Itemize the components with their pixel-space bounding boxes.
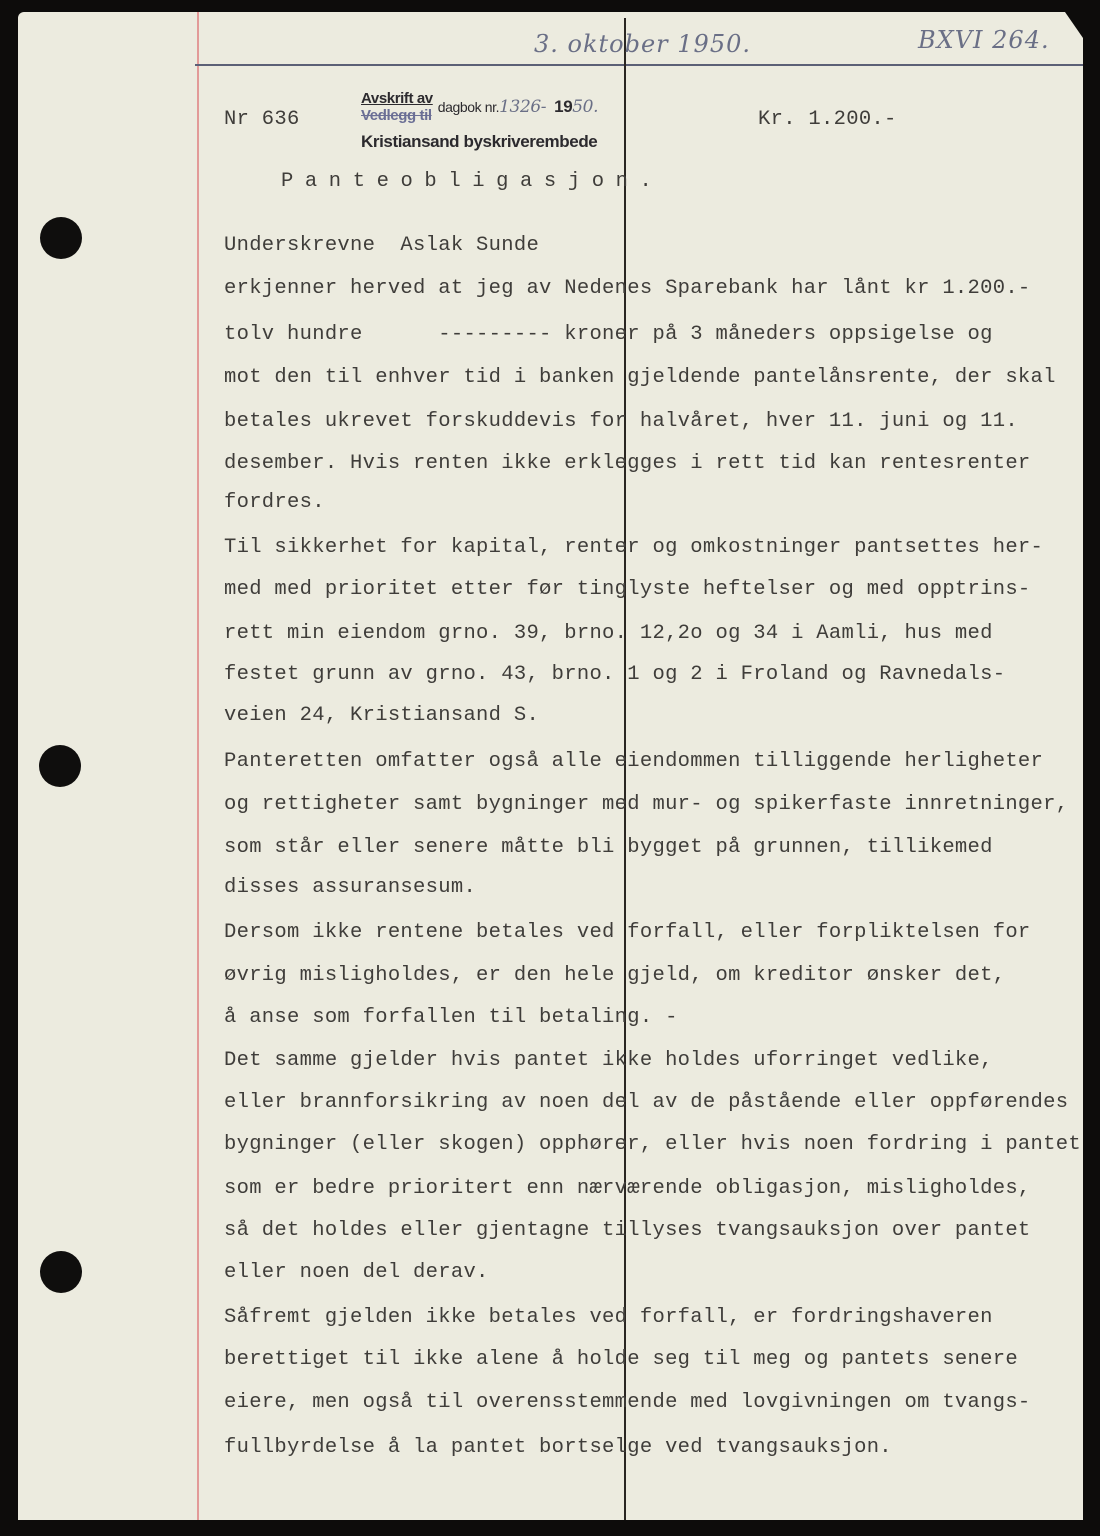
stamp-avskrift-av: Avskrift av (361, 90, 433, 107)
body-line: tolv hundre --------- kroner på 3 månede… (224, 323, 993, 346)
body-line: som står eller senere måtte bli bygget p… (224, 836, 993, 859)
body-line: desember. Hvis renten ikke erklegges i r… (224, 452, 1031, 475)
body-line: Panteretten omfatter også alle eiendomme… (224, 750, 1043, 773)
stamp-year-prefix: 19 (554, 97, 572, 117)
stamp: Avskrift av Vedlegg til dagbok nr. 1326-… (361, 90, 598, 152)
body-line: så det holdes eller gjentagne tillyses t… (224, 1219, 1031, 1242)
handwritten-date: 3. oktober 1950. (534, 30, 751, 58)
body-line: erkjenner herved at jeg av Nedenes Spare… (224, 277, 1031, 300)
journal-number: 1326- (499, 97, 546, 117)
body-line: bygninger (eller skogen) opphører, eller… (224, 1133, 1081, 1156)
body-line: Dersom ikke rentene betales ved forfall,… (224, 921, 1031, 944)
folded-corner (1065, 12, 1083, 38)
body-line: øvrig misligholdes, er den hele gjeld, o… (224, 964, 1005, 987)
punch-hole-middle (39, 745, 81, 787)
body-line: eller brannforsikring av noen del av de … (224, 1091, 1068, 1114)
body-line: og rettigheter samt bygninger med mur- o… (224, 793, 1068, 816)
stamp-year-suffix: 50. (572, 97, 598, 117)
body-line: eiere, men også til overensstemmende med… (224, 1391, 1031, 1414)
body-line: Det samme gjelder hvis pantet ikke holde… (224, 1049, 993, 1072)
body-line: berettiget til ikke alene å holde seg ti… (224, 1348, 1018, 1371)
body-line: veien 24, Kristiansand S. (224, 704, 539, 727)
body-line: eller noen del derav. (224, 1261, 489, 1284)
body-line: betales ukrevet forskuddevis for halvåre… (224, 410, 1018, 433)
body-line: som er bedre prioritert enn nærværende o… (224, 1177, 1031, 1200)
amount: Kr. 1.200.- (758, 108, 897, 131)
entry-number: Nr 636 (224, 108, 300, 131)
body-line: å anse som forfallen til betaling. - (224, 1006, 678, 1029)
body-line: fordres. (224, 491, 325, 514)
body-line: Såfremt gjelden ikke betales ved forfall… (224, 1306, 993, 1329)
document-title: Panteobligasjon. (281, 170, 663, 193)
body-line: med med prioritet etter før tinglyste he… (224, 578, 1031, 601)
body-line: fullbyrdelse å la pantet bortselge ved t… (224, 1436, 892, 1459)
red-margin-line (197, 12, 199, 1520)
punch-hole-top (40, 217, 82, 259)
document-page: 3. oktober 1950. BXVI 264. Nr 636 Avskri… (18, 12, 1083, 1520)
stamp-dagbok-label: dagbok nr. (438, 99, 499, 115)
punch-hole-bottom (40, 1251, 82, 1293)
body-line: disses assuransesum. (224, 876, 476, 899)
body-line: Til sikkerhet for kapital, renter og omk… (224, 536, 1043, 559)
stamp-vedlegg-til-struck: Vedlegg til (361, 107, 433, 124)
body-line: Underskrevne Aslak Sunde (224, 234, 539, 257)
stamp-office: Kristiansand byskriverembede (361, 132, 598, 152)
body-line: festet grunn av grno. 43, brno. 1 og 2 i… (224, 663, 1005, 686)
body-line: mot den til enhver tid i banken gjeldend… (224, 366, 1056, 389)
header-rule (195, 64, 1083, 66)
handwritten-reference: BXVI 264. (918, 26, 1050, 54)
body-line: rett min eiendom grno. 39, brno. 12,2o o… (224, 622, 993, 645)
